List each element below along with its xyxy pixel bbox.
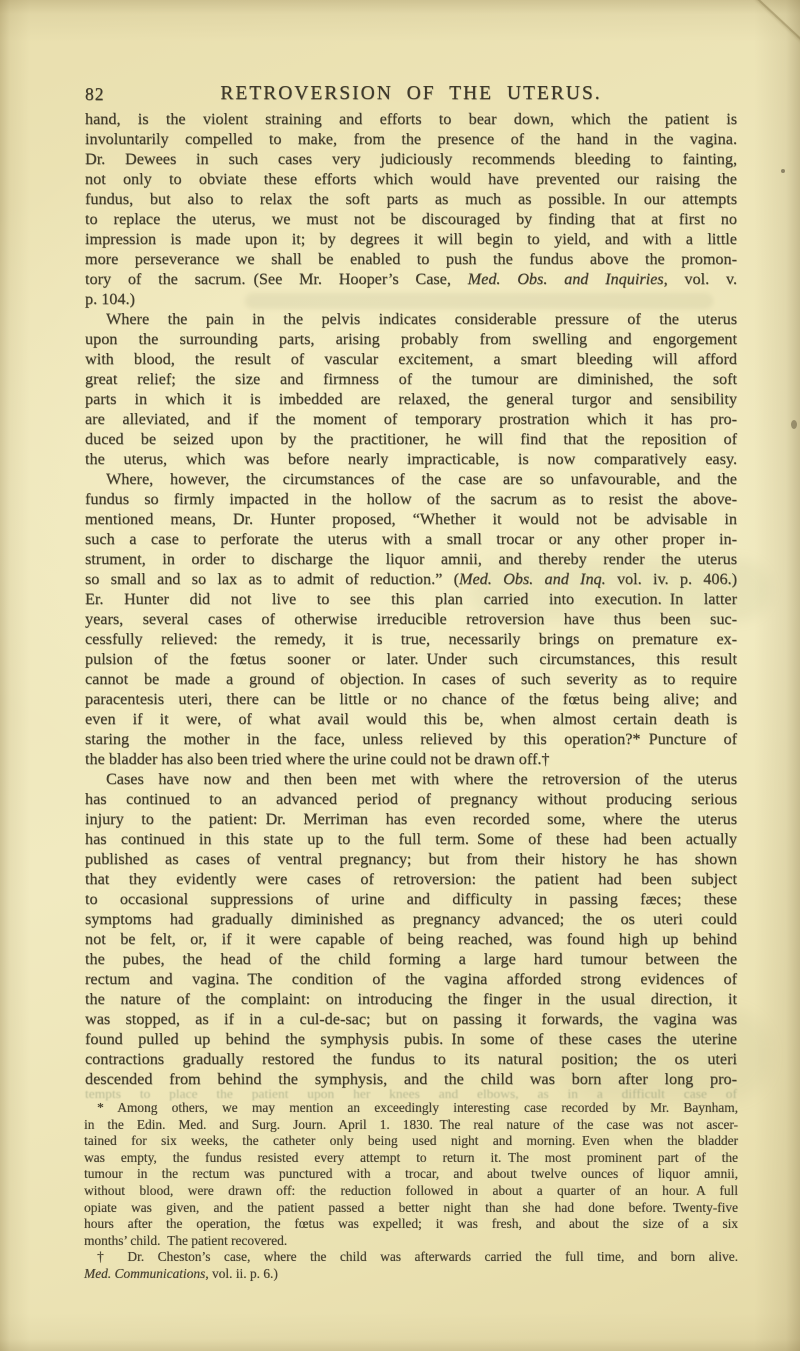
text-line: pulsion of the fœtus sooner or later. Un… xyxy=(85,649,737,669)
text-line: symptoms had gradually diminished as pre… xyxy=(85,909,737,929)
text-line: Cases have now and then been met with wh… xyxy=(85,769,737,789)
text-line: cannot be made a ground of objection. In… xyxy=(85,669,737,689)
text-line: has continued to an advanced period of p… xyxy=(85,789,737,809)
text-line: Med. Communications, vol. ii. p. 6.) xyxy=(84,1266,738,1283)
text-line: the uterus, which was before nearly impr… xyxy=(85,449,737,469)
text-line: in the Edin. Med. and Surg. Journ. April… xyxy=(84,1117,738,1134)
text-line: has continued in this state up to the fu… xyxy=(85,829,737,849)
text-line: mentioned means, Dr. Hunter proposed, “W… xyxy=(85,509,737,529)
text-line: months’ child. The patient recovered. xyxy=(84,1233,738,1250)
text-line: involuntarily compelled to make, from th… xyxy=(85,129,737,149)
book-page: 82 RETROVERSION OF THE UTERUS. hand, is … xyxy=(0,0,800,1351)
text-line: tory of the sacrum. (See Mr. Hooper’s Ca… xyxy=(85,269,737,289)
text-line: strument, in order to discharge the liqu… xyxy=(85,549,737,569)
text-line: even if it were, of what avail would thi… xyxy=(85,709,737,729)
text-line: so small and so lax as to admit of reduc… xyxy=(85,569,737,589)
text-line: opiate was given, and the patient passed… xyxy=(84,1200,738,1217)
text-line: more perseverance we shall be enabled to… xyxy=(85,249,737,269)
text-line: † Dr. Cheston’s case, where the child wa… xyxy=(84,1249,738,1266)
text-line: Dr. Dewees in such cases very judiciousl… xyxy=(85,149,737,169)
text-line: not only to obviate these efforts which … xyxy=(85,169,737,189)
text-line: hand, is the violent straining and effor… xyxy=(85,109,737,129)
text-line: upon the surrounding parts, arising prob… xyxy=(85,329,737,349)
body-text: hand, is the violent straining and effor… xyxy=(85,109,737,1089)
text-line: Where the pain in the pelvis indicates c… xyxy=(85,309,737,329)
text-line: hours after the operation, the fœtus was… xyxy=(84,1216,738,1233)
text-line: paracentesis uteri, there can be little … xyxy=(85,689,737,709)
text-line: without blood, were drawn off: the reduc… xyxy=(84,1183,738,1200)
text-line: to replace the uterus, we must not be di… xyxy=(85,209,737,229)
text-line: fundus, but also to relax the soft parts… xyxy=(85,189,737,209)
text-line: injury to the patient: Dr. Merriman has … xyxy=(85,809,737,829)
ink-speck xyxy=(791,420,797,429)
text-line: rectum and vagina. The condition of the … xyxy=(85,969,737,989)
text-line: that they evidently were cases of retrov… xyxy=(85,869,737,889)
text-line: such a case to perforate the uterus with… xyxy=(85,529,737,549)
text-line: the nature of the complaint: on introduc… xyxy=(85,989,737,1009)
text-line: the pubes, the head of the child forming… xyxy=(85,949,737,969)
text-line: was empty, the fundus resisted every att… xyxy=(84,1150,738,1167)
text-line: was stopped, as if in a cul-de-sac; but … xyxy=(85,1009,737,1029)
ink-speck xyxy=(781,169,785,173)
text-line: published as cases of ventral pregnancy;… xyxy=(85,849,737,869)
text-line: Er. Hunter did not live to see this plan… xyxy=(85,589,737,609)
text-line: Where, however, the circumstances of the… xyxy=(85,469,737,489)
text-line: impression is made upon it; by degrees i… xyxy=(85,229,737,249)
text-line: years, several cases of otherwise irredu… xyxy=(85,609,737,629)
text-line: found pulled up behind the symphysis pub… xyxy=(85,1029,737,1049)
text-line: the bladder has also been tried where th… xyxy=(85,749,737,769)
text-line: staring the mother in the face, unless r… xyxy=(85,729,737,749)
text-line: duced be seized upon by the practitioner… xyxy=(85,429,737,449)
running-title: RETROVERSION OF THE UTERUS. xyxy=(85,83,737,105)
footnotes: * Among others, we may mention an exceed… xyxy=(84,1100,738,1283)
text-line: great relief; the size and firmness of t… xyxy=(85,369,737,389)
text-line: tained for six weeks, the catheter only … xyxy=(84,1133,738,1150)
text-line: parts in which it is imbedded are relaxe… xyxy=(85,389,737,409)
text-line: to occasional suppressions of urine and … xyxy=(85,889,737,909)
text-line: * Among others, we may mention an exceed… xyxy=(84,1100,738,1117)
text-line: fundus so firmly impacted in the hollow … xyxy=(85,489,737,509)
text-line: p. 104.) xyxy=(85,289,737,309)
text-line: contractions gradually restored the fund… xyxy=(85,1049,737,1069)
text-line: tumour in the rectum was punctured with … xyxy=(84,1166,738,1183)
text-line: cessfully relieved: the remedy, it is tr… xyxy=(85,629,737,649)
text-line: not be felt, or, if it were capable of b… xyxy=(85,929,737,949)
page-corner-crease xyxy=(755,0,800,45)
text-line: with blood, the result of vascular excit… xyxy=(85,349,737,369)
text-line: are alleviated, and if the moment of tem… xyxy=(85,409,737,429)
